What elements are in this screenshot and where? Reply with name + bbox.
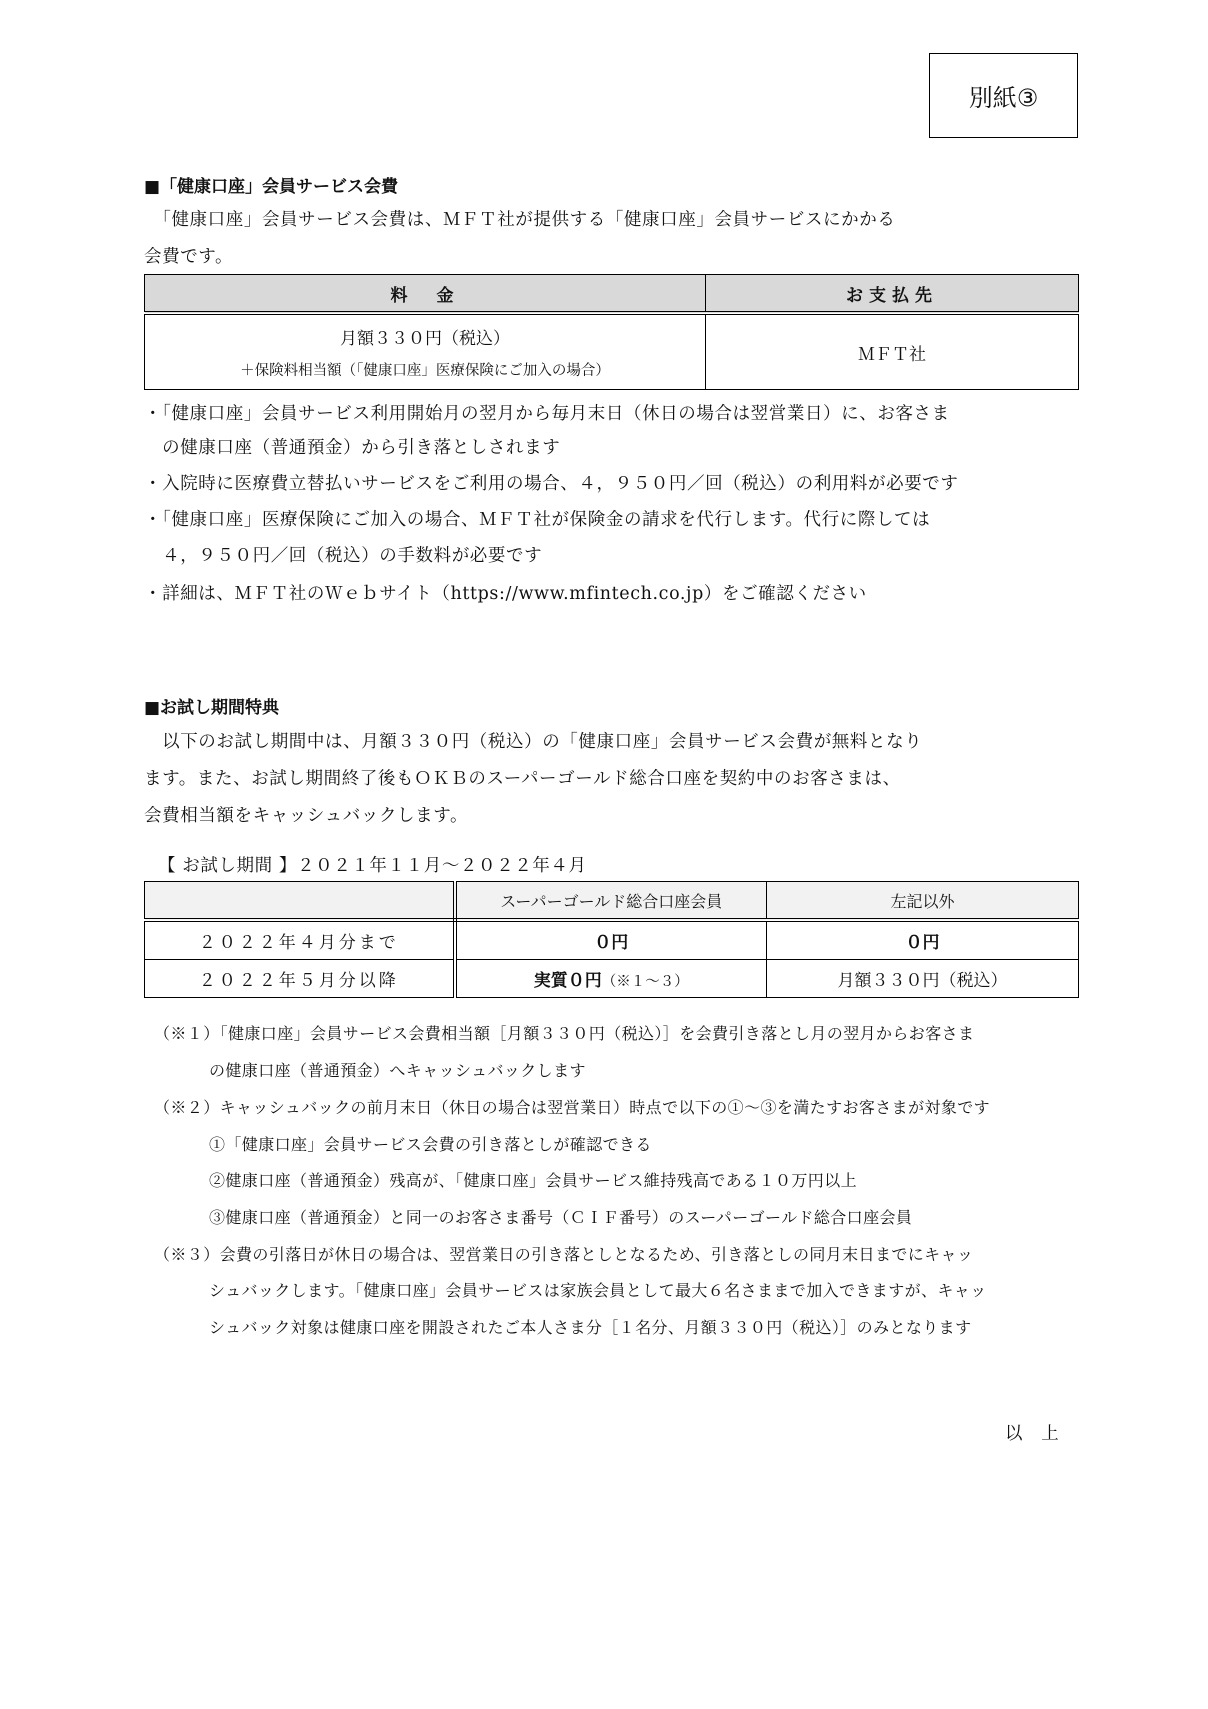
fee-payee-cell: ＭＦＴ社 bbox=[706, 313, 1079, 390]
closing-text: 以 上 bbox=[1005, 1420, 1059, 1445]
bullet-1-line1: ・「健康口座」会員サービス利用開始月の翌月から毎月末日（休日の場合は翌営業日）に… bbox=[144, 400, 950, 425]
fee-amount-cell: 月額３３０円（税込） ＋保険料相当額（「健康口座」医療保険にご加入の場合） bbox=[145, 313, 706, 390]
section2-title: ■お試し期間特典 bbox=[144, 693, 279, 718]
trial-row1-period: ２０２２年４月分まで bbox=[145, 920, 455, 960]
fee-table-row: 月額３３０円（税込） ＋保険料相当額（「健康口座」医療保険にご加入の場合） ＭＦ… bbox=[145, 313, 1079, 390]
trial-table-row: ２０２２年４月分まで ０円 ０円 bbox=[145, 920, 1079, 960]
trial-header-gold: スーパーゴールド総合口座会員 bbox=[455, 882, 767, 921]
section1-title: ■「健康口座」会員サービス会費 bbox=[144, 172, 398, 197]
trial-table-row: ２０２２年５月分以降 実質０円（※１～３） 月額３３０円（税込） bbox=[145, 960, 1079, 998]
bullet-2: ・入院時に医療費立替払いサービスをご利用の場合、４，９５０円／回（税込）の利用料… bbox=[144, 470, 959, 495]
bullet-4: ・詳細は、ＭＦＴ社のＷｅｂサイト（https://www.mfintech.co… bbox=[144, 580, 867, 605]
trial-row2-period: ２０２２年５月分以降 bbox=[145, 960, 455, 998]
note-2-cond1: ①「健康口座」会員サービス会費の引き落としが確認できる bbox=[209, 1132, 652, 1155]
trial-header-blank bbox=[145, 882, 455, 921]
fee-table: 料 金 お支払先 月額３３０円（税込） ＋保険料相当額（「健康口座」医療保険にご… bbox=[144, 274, 1079, 390]
trial-header-other: 左記以外 bbox=[767, 882, 1079, 921]
trial-row2-gold-note: （※１～３） bbox=[602, 974, 689, 990]
section1-intro-line2: 会費です。 bbox=[144, 243, 233, 268]
fee-header-payee: お支払先 bbox=[706, 275, 1079, 314]
fee-amount-line1: 月額３３０円（税込） bbox=[145, 324, 705, 349]
trial-row1-gold: ０円 bbox=[455, 920, 767, 960]
fee-table-header: 料 金 お支払先 bbox=[145, 275, 1079, 314]
bullet-3-line1: ・「健康口座」医療保険にご加入の場合、ＭＦＴ社が保険金の請求を代行します。代行に… bbox=[144, 506, 930, 531]
note-3-line3: シュバック対象は健康口座を開設されたご本人さま分［１名分、月額３３０円（税込）］… bbox=[209, 1315, 971, 1338]
note-3-line1: （※３）会費の引落日が休日の場合は、翌営業日の引き落としとなるため、引き落としの… bbox=[154, 1242, 973, 1265]
bullet-3-line2: ４，９５０円／回（税込）の手数料が必要です bbox=[144, 542, 542, 567]
trial-row2-gold-cell: 実質０円（※１～３） bbox=[455, 960, 767, 998]
section2-para-line1: 以下のお試し期間中は、月額３３０円（税込）の「健康口座」会員サービス会費が無料と… bbox=[144, 728, 922, 753]
note-1-line2: の健康口座（普通預金）へキャッシュバックします bbox=[209, 1058, 586, 1081]
trial-row2-gold: 実質０円 bbox=[534, 971, 602, 991]
note-1-line1: （※１）「健康口座」会員サービス会費相当額［月額３３０円（税込）］を会費引き落と… bbox=[154, 1021, 974, 1044]
trial-row1-other: ０円 bbox=[767, 920, 1079, 960]
fee-amount-line2: ＋保険料相当額（「健康口座」医療保険にご加入の場合） bbox=[145, 359, 705, 380]
trial-period-label: 【 お試し期間 】２０２１年１１月～２０２２年４月 bbox=[158, 852, 587, 877]
appendix-badge: 別紙③ bbox=[929, 53, 1078, 138]
fee-header-amount: 料 金 bbox=[145, 275, 706, 314]
section2-para-line3: 会費相当額をキャッシュバックします。 bbox=[144, 802, 468, 827]
section1-intro-line1: 「健康口座」会員サービス会費は、ＭＦＴ社が提供する「健康口座」会員サービスにかか… bbox=[144, 206, 895, 231]
trial-table: スーパーゴールド総合口座会員 左記以外 ２０２２年４月分まで ０円 ０円 ２０２… bbox=[144, 881, 1079, 998]
trial-row2-other: 月額３３０円（税込） bbox=[767, 960, 1079, 998]
note-2-cond3: ③健康口座（普通預金）と同一のお客さま番号（ＣＩＦ番号）のスーパーゴールド総合口… bbox=[209, 1205, 912, 1228]
note-2-line1: （※２）キャッシュバックの前月末日（休日の場合は翌営業日）時点で以下の①～③を満… bbox=[154, 1095, 990, 1118]
note-3-line2: シュバックします。「健康口座」会員サービスは家族会員として最大６名さままで加入で… bbox=[209, 1278, 987, 1301]
note-2-cond2: ②健康口座（普通預金）残高が、「健康口座」会員サービス維持残高である１０万円以上 bbox=[209, 1168, 857, 1191]
section2-para-line2: ます。また、お試し期間終了後もＯＫＢのスーパーゴールド総合口座を契約中のお客さま… bbox=[144, 765, 901, 790]
bullet-1-line2: の健康口座（普通預金）から引き落としされます bbox=[144, 434, 560, 459]
trial-table-header: スーパーゴールド総合口座会員 左記以外 bbox=[145, 882, 1079, 921]
